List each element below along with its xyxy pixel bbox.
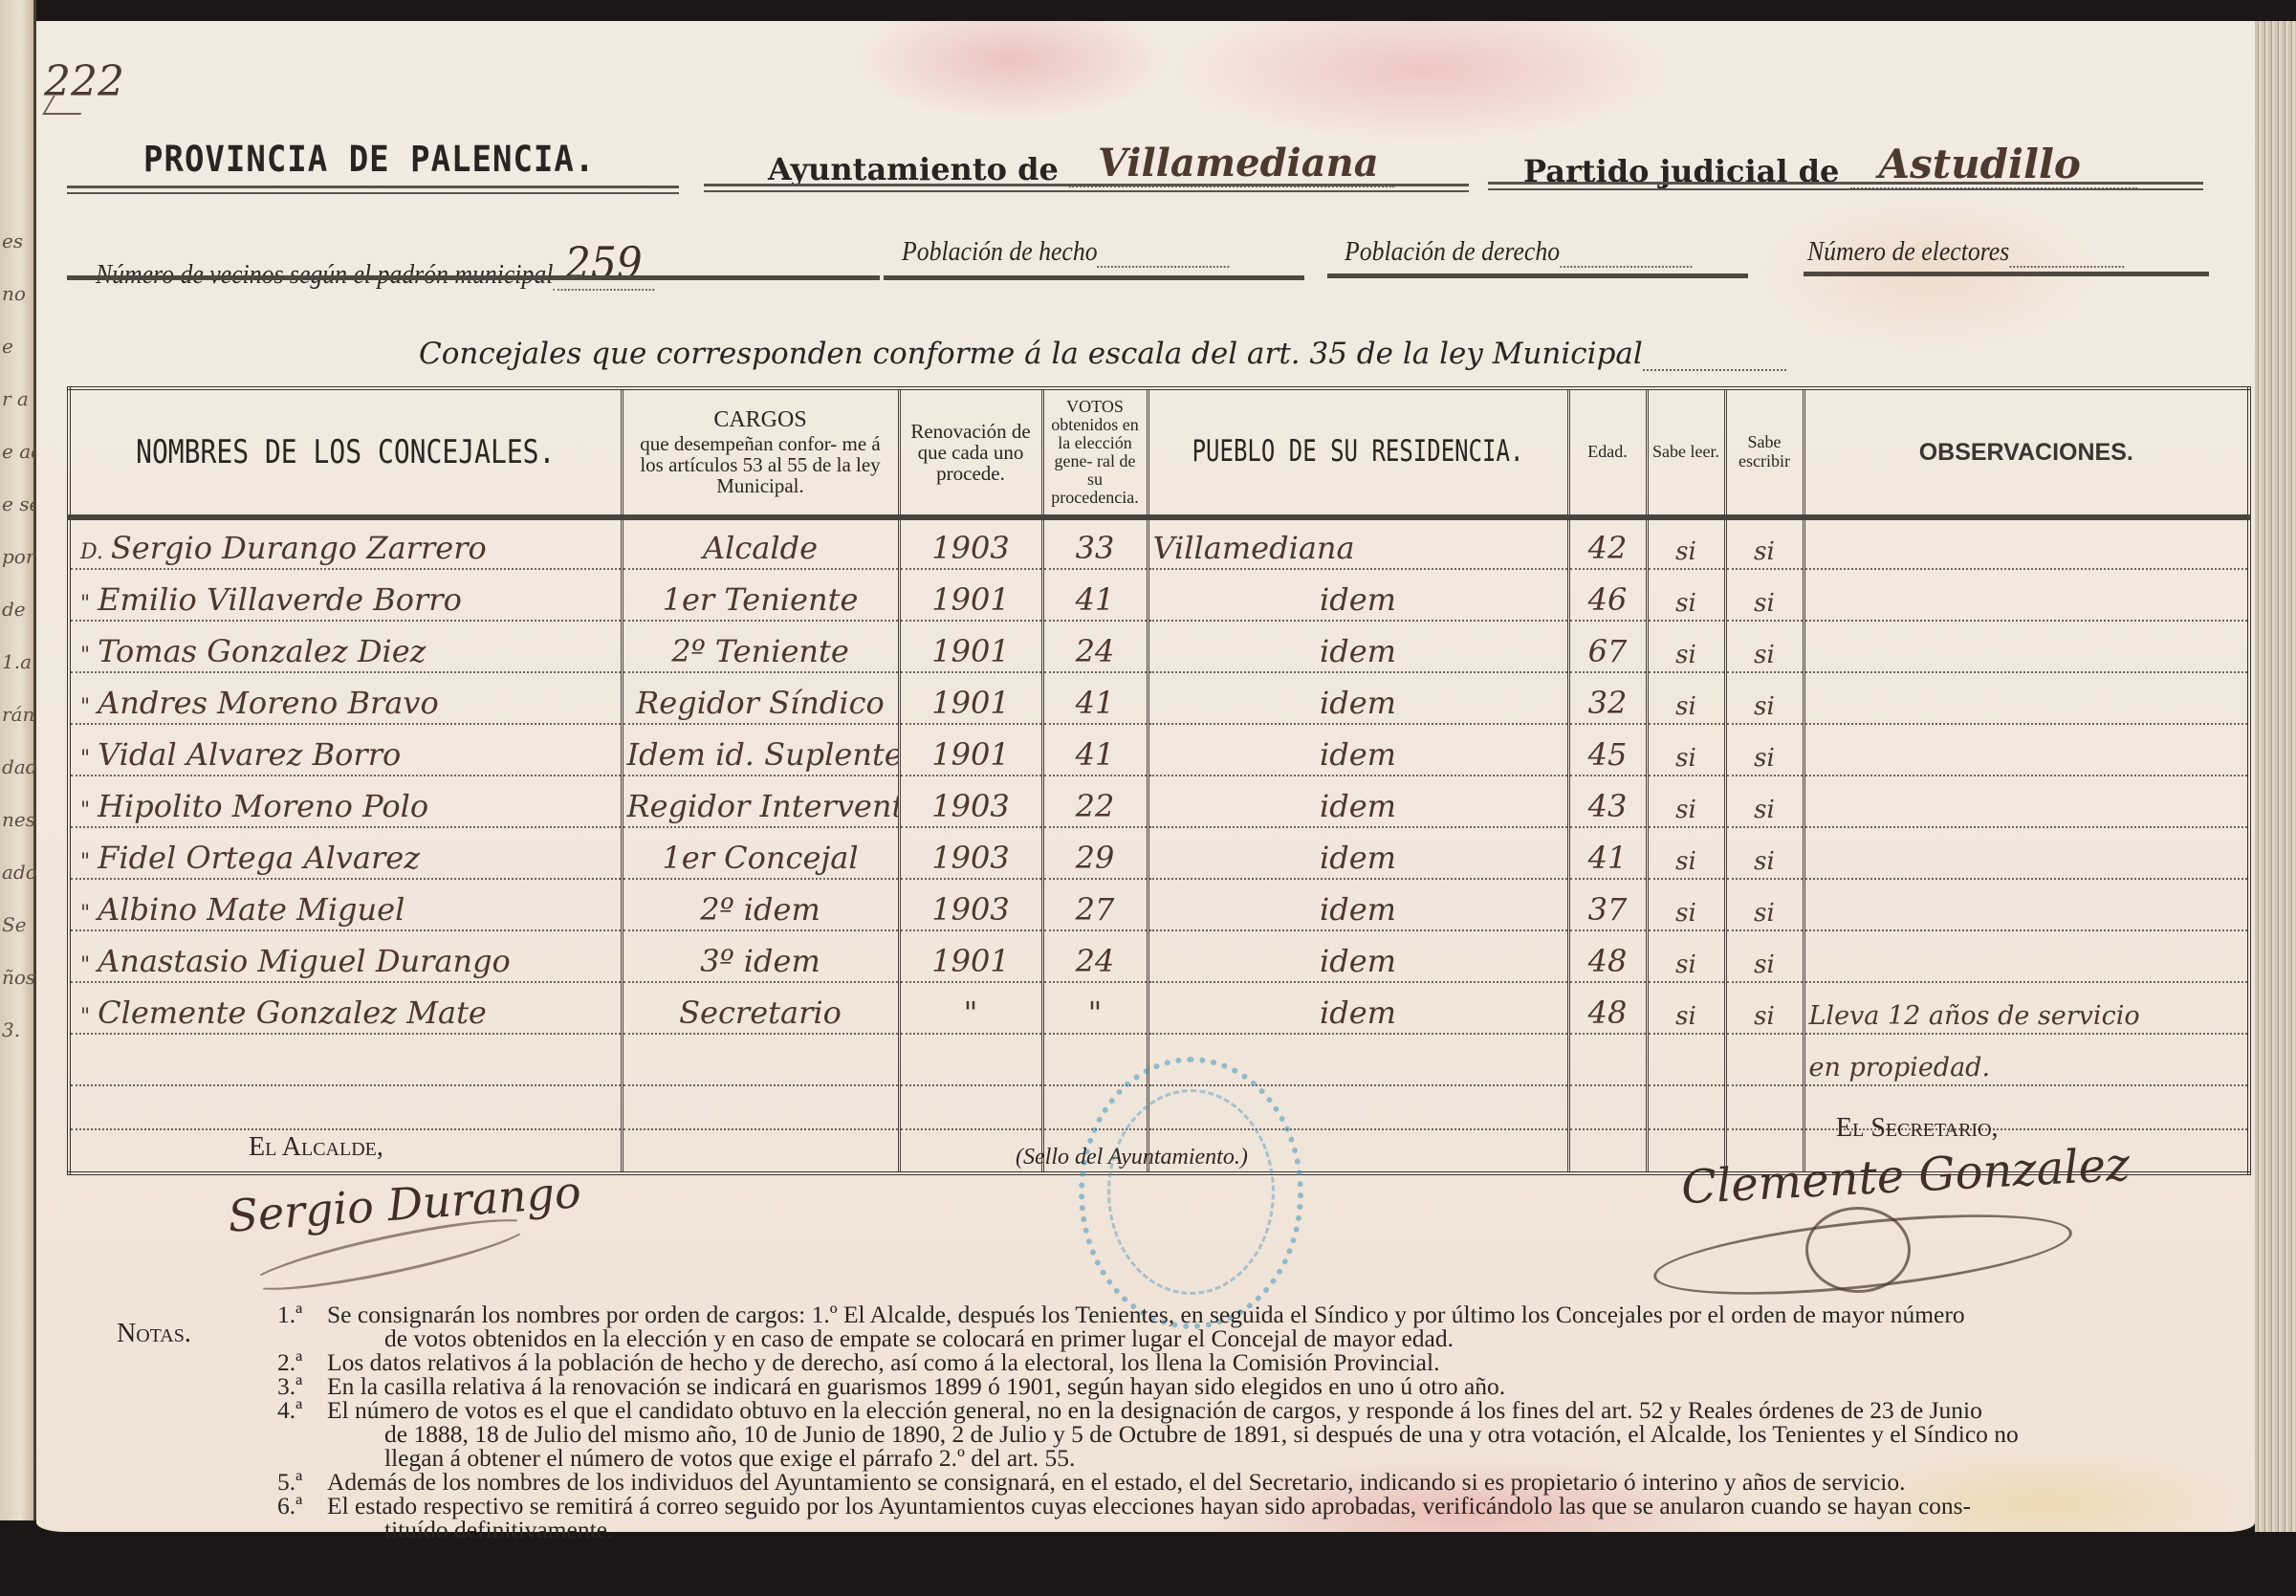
edad-cell: 41	[1568, 827, 1647, 879]
pueblo-cell: idem	[1148, 776, 1568, 827]
name-prefix: "	[80, 902, 90, 926]
col-votos: VOTOSobtenidos en la elección gene- ral …	[1042, 388, 1148, 517]
vecinos-field: Número de vecinos según el padrón munici…	[96, 237, 654, 291]
table-row: "Vidal Alvarez BorroIdem id. Suplente190…	[69, 724, 2249, 776]
pueblo-cell: Villamediana	[1148, 517, 1568, 569]
name-cell: "Vidal Alvarez Borro	[69, 724, 622, 776]
cargo-cell: Idem id. Suplente	[622, 724, 899, 776]
observaciones-cell	[1804, 724, 2249, 776]
note-item: 3.ªEn la casilla relativa á la renovació…	[117, 1374, 2259, 1398]
observaciones-cell	[1804, 776, 2249, 827]
table-row: D.Sergio Durango ZarreroAlcalde190333Vil…	[69, 517, 2249, 569]
col-pueblo: PUEBLO DE SU RESIDENCIA.	[1148, 388, 1568, 517]
leer-cell: si	[1647, 827, 1725, 879]
name-cell: "Fidel Ortega Alvarez	[69, 827, 622, 879]
partido-value: Astudillo	[1879, 141, 2081, 187]
population-rule	[67, 275, 880, 280]
secretario-flourish-loop	[1805, 1207, 1911, 1293]
col-observaciones: OBSERVACIONES.	[1804, 388, 2249, 517]
observaciones-cell	[1804, 827, 2249, 879]
name-cell: "Tomas Gonzalez Diez	[69, 621, 622, 672]
left-page-fragment: no	[2, 282, 26, 305]
empty-cell	[622, 1085, 899, 1129]
document-page: 222 PROVINCIA DE PALENCIA. Ayuntamiento …	[36, 21, 2255, 1532]
empty-cell	[622, 1129, 899, 1173]
renovacion-cell: 1901	[899, 569, 1042, 621]
col-nombres-label: NOMBRES DE LOS CONCEJALES.	[136, 435, 555, 469]
name-prefix: "	[80, 644, 90, 667]
left-page-fragment: por	[2, 545, 34, 568]
table-row: "Andres Moreno BravoRegidor Síndico19014…	[69, 672, 2249, 724]
escribir-cell: si	[1725, 930, 1804, 982]
name-cell: "Anastasio Miguel Durango	[69, 930, 622, 982]
pueblo-cell: idem	[1148, 930, 1568, 982]
concejal-name: Sergio Durango Zarrero	[111, 530, 487, 566]
cargo-cell: 1er Teniente	[622, 569, 899, 621]
col-edad-label: Edad.	[1587, 442, 1627, 461]
electores-label: Número de electores	[1807, 237, 2009, 267]
province-title: PROVINCIA DE PALENCIA.	[143, 139, 595, 181]
votos-cell: 33	[1042, 517, 1148, 569]
left-page-edge: esnoer ae aee seporde1.arándadénes.adoSe…	[0, 0, 36, 1520]
col-renovacion: Renovación de que cada uno procede.	[899, 388, 1042, 517]
name-cell: "Clemente Gonzalez Mate	[69, 982, 622, 1034]
header-rule	[67, 186, 679, 194]
notes-section: Notas. 1.ªSe consignarán los nombres por…	[117, 1302, 2259, 1541]
col-cargos-sub: que desempeñan confor- me á los artículo…	[627, 433, 894, 496]
votos-cell: 22	[1042, 776, 1148, 827]
note-line: Los datos relativos á la población de he…	[327, 1350, 2259, 1374]
left-page-fragment: es	[2, 230, 23, 252]
escribir-cell: si	[1725, 517, 1804, 569]
name-cell: "Albino Mate Miguel	[69, 879, 622, 930]
cargo-cell: Secretario	[622, 982, 899, 1034]
left-page-fragment: 3.	[2, 1018, 20, 1041]
left-page-fragment: e se	[2, 492, 40, 515]
derecho-value	[1560, 266, 1692, 268]
population-rule	[1327, 273, 1748, 278]
subtitle-text: Concejales que corresponden conforme á l…	[419, 337, 1643, 371]
pueblo-cell: idem	[1148, 569, 1568, 621]
renovacion-cell: 1901	[899, 672, 1042, 724]
name-prefix: "	[80, 695, 90, 719]
name-prefix: "	[80, 798, 90, 822]
observaciones-cell	[1804, 517, 2249, 569]
name-prefix: "	[80, 953, 90, 977]
concejal-name: Anastasio Miguel Durango	[98, 943, 511, 979]
empty-cell	[1647, 1085, 1725, 1129]
concejal-name: Vidal Alvarez Borro	[98, 736, 401, 773]
renovacion-cell: 1903	[899, 776, 1042, 827]
renovacion-cell: 1901	[899, 724, 1042, 776]
note-line: Se consignarán los nombres por orden de …	[327, 1302, 2259, 1326]
col-votos-title: VOTOS	[1048, 398, 1143, 416]
edad-cell: 43	[1568, 776, 1647, 827]
leer-cell: si	[1647, 776, 1725, 827]
header-rule	[704, 184, 1469, 192]
escribir-cell	[1725, 1034, 1804, 1085]
note-item: 2.ªLos datos relativos á la población de…	[117, 1350, 2259, 1374]
leer-cell: si	[1647, 621, 1725, 672]
left-page-fragment: r a	[2, 387, 29, 410]
left-page-fragment: de	[2, 598, 26, 621]
edad-cell: 45	[1568, 724, 1647, 776]
votos-cell: 41	[1042, 672, 1148, 724]
observaciones-cell	[1804, 621, 2249, 672]
leer-cell: si	[1647, 982, 1725, 1034]
pueblo-cell: idem	[1148, 724, 1568, 776]
empty-cell	[1568, 1129, 1647, 1173]
leer-cell: si	[1647, 724, 1725, 776]
ayuntamiento-value-line: Villamediana	[1069, 141, 1394, 187]
edad-cell: 42	[1568, 517, 1647, 569]
votos-cell: 41	[1042, 724, 1148, 776]
note-line: llegan á obtener el número de votos que …	[327, 1446, 2259, 1470]
escribir-cell: si	[1725, 724, 1804, 776]
name-cell: D.Sergio Durango Zarrero	[69, 517, 622, 569]
concejal-name: Clemente Gonzalez Mate	[98, 995, 487, 1031]
name-cell: "Andres Moreno Bravo	[69, 672, 622, 724]
edad-cell: 46	[1568, 569, 1647, 621]
renovacion-cell: 1903	[899, 879, 1042, 930]
pueblo-cell: idem	[1148, 879, 1568, 930]
escribir-cell: si	[1725, 569, 1804, 621]
subtitle-dots	[1643, 369, 1786, 371]
col-votos-sub: obtenidos en la elección gene- ral de su…	[1048, 416, 1143, 506]
ayuntamiento-value: Villamediana	[1098, 141, 1379, 186]
col-observaciones-label: OBSERVACIONES.	[1919, 439, 2133, 466]
note-number: 6.ª	[277, 1494, 302, 1518]
renovacion-cell: 1903	[899, 517, 1042, 569]
vecinos-value-line: 259	[553, 237, 654, 291]
col-cargos-title: CARGOS	[627, 408, 894, 432]
escribir-cell: si	[1725, 827, 1804, 879]
concejal-name: Tomas Gonzalez Diez	[98, 633, 426, 669]
left-page-fragment: 1.a	[2, 650, 32, 673]
note-line: El estado respectivo se remitirá á corre…	[327, 1494, 2259, 1518]
votos-cell: 41	[1042, 569, 1148, 621]
name-cell: "Emilio Villaverde Borro	[69, 569, 622, 621]
escribir-cell: si	[1725, 672, 1804, 724]
pueblo-cell: idem	[1148, 672, 1568, 724]
cargo-cell: Regidor Interventor	[622, 776, 899, 827]
votos-cell: 27	[1042, 879, 1148, 930]
name-prefix: "	[80, 1005, 90, 1029]
note-item: 6.ªEl estado respectivo se remitirá á co…	[117, 1494, 2259, 1541]
edad-cell: 48	[1568, 982, 1647, 1034]
edad-cell: 48	[1568, 930, 1647, 982]
col-escribir-label: Sabe escribir	[1738, 432, 1790, 470]
empty-cell	[1725, 1085, 1804, 1129]
edad-cell: 67	[1568, 621, 1647, 672]
leer-cell: si	[1647, 672, 1725, 724]
table-row: "Tomas Gonzalez Diez2º Teniente190124ide…	[69, 621, 2249, 672]
leer-cell: si	[1647, 569, 1725, 621]
table-row: "Anastasio Miguel Durango3º idem190124id…	[69, 930, 2249, 982]
note-number: 1.ª	[277, 1302, 302, 1326]
secretario-label: El Secretario,	[1836, 1113, 1999, 1144]
table-row: "Albino Mate Miguel2º idem190327idem37si…	[69, 879, 2249, 930]
leer-cell: si	[1647, 930, 1725, 982]
votos-cell: 29	[1042, 827, 1148, 879]
sello-label: (Sello del Ayuntamiento.)	[1016, 1145, 1248, 1170]
col-edad: Edad.	[1568, 388, 1647, 517]
cargo-cell: 2º Teniente	[622, 621, 899, 672]
observaciones-cell: Lleva 12 años de servicio	[1804, 982, 2249, 1034]
electores-value	[2009, 266, 2124, 268]
right-page-edge	[2255, 21, 2296, 1532]
pueblo-cell: idem	[1148, 982, 1568, 1034]
concejales-table: NOMBRES DE LOS CONCEJALES. CARGOSque des…	[67, 386, 2251, 1175]
ayuntamiento-field: Ayuntamiento de Villamediana	[768, 141, 1394, 187]
hecho-label: Población de hecho	[902, 237, 1098, 267]
ayuntamiento-label: Ayuntamiento de	[768, 151, 1059, 187]
cargo-cell: Regidor Síndico	[622, 672, 899, 724]
alcalde-signature[interactable]: Sergio Durango	[227, 1166, 583, 1242]
population-rule	[1804, 272, 2209, 276]
empty-cell	[69, 1085, 622, 1129]
name-prefix: D.	[80, 540, 103, 564]
observaciones-cell	[1804, 879, 2249, 930]
cargo-cell: 2º idem	[622, 879, 899, 930]
col-nombres: NOMBRES DE LOS CONCEJALES.	[69, 388, 622, 517]
note-line: de 1888, 18 de Julio del mismo año, 10 d…	[327, 1422, 2259, 1446]
observaciones-cell	[1804, 569, 2249, 621]
leer-cell	[1647, 1034, 1725, 1085]
electores-field: Número de electores	[1807, 237, 2124, 268]
note-line: tituído definitivamente.	[327, 1518, 2259, 1541]
table-row: "Emilio Villaverde Borro1er Teniente1901…	[69, 569, 2249, 621]
empty-cell	[899, 1085, 1042, 1129]
edad-cell	[1568, 1034, 1647, 1085]
derecho-field: Población de derecho	[1345, 237, 1692, 268]
left-page-fragment: ado	[2, 861, 37, 884]
col-renovacion-label: Renovación de que cada uno procede.	[905, 421, 1038, 484]
name-prefix: "	[80, 850, 90, 874]
observaciones-cell: en propiedad.	[1804, 1034, 2249, 1085]
note-number: 2.ª	[277, 1350, 302, 1374]
note-number: 5.ª	[277, 1470, 302, 1494]
table-row: "Fidel Ortega Alvarez1er Concejal190329i…	[69, 827, 2249, 879]
cargo-cell	[622, 1034, 899, 1085]
left-page-fragment: e	[2, 335, 13, 358]
ayuntamiento-seal	[1079, 1057, 1303, 1329]
population-rule	[884, 275, 1304, 280]
concejal-name: Albino Mate Miguel	[98, 891, 405, 928]
note-item: 5.ªAdemás de los nombres de los individu…	[117, 1470, 2259, 1494]
col-escribir: Sabe escribir	[1725, 388, 1804, 517]
renovacion-cell	[899, 1034, 1042, 1085]
col-leer-label: Sabe leer.	[1652, 442, 1719, 461]
votos-cell: 24	[1042, 621, 1148, 672]
note-number: 3.ª	[277, 1374, 302, 1398]
edad-cell: 37	[1568, 879, 1647, 930]
hecho-value	[1098, 266, 1230, 268]
concejal-name: Fidel Ortega Alvarez	[98, 840, 420, 876]
note-line: Además de los nombres de los individuos …	[327, 1470, 2259, 1494]
concejal-name: Hipolito Moreno Polo	[98, 788, 428, 824]
votos-cell: "	[1042, 982, 1148, 1034]
header-rule	[1488, 182, 2203, 190]
seal-inner-ring	[1107, 1089, 1275, 1295]
edad-cell: 32	[1568, 672, 1647, 724]
leer-cell: si	[1647, 517, 1725, 569]
name-prefix: "	[80, 592, 90, 616]
observaciones-cell	[1804, 930, 2249, 982]
renovacion-cell: 1901	[899, 621, 1042, 672]
leer-cell: si	[1647, 879, 1725, 930]
pueblo-cell: idem	[1148, 621, 1568, 672]
note-number: 4.ª	[277, 1398, 302, 1422]
col-pueblo-label: PUEBLO DE SU RESIDENCIA.	[1192, 437, 1524, 469]
concejal-name: Andres Moreno Bravo	[98, 685, 439, 721]
name-cell	[69, 1034, 622, 1085]
votos-cell: 24	[1042, 930, 1148, 982]
note-item: 4.ªEl número de votos es el que el candi…	[117, 1398, 2259, 1470]
cargo-cell: 1er Concejal	[622, 827, 899, 879]
left-page-fragment: Se	[2, 913, 27, 936]
concejal-name: Emilio Villaverde Borro	[98, 581, 462, 618]
escribir-cell: si	[1725, 621, 1804, 672]
concejales-subtitle: Concejales que corresponden conforme á l…	[419, 337, 1786, 371]
left-page-fragment: rán	[2, 703, 34, 726]
renovacion-cell: 1903	[899, 827, 1042, 879]
note-item: 1.ªSe consignarán los nombres por orden …	[117, 1302, 2259, 1350]
escribir-cell: si	[1725, 879, 1804, 930]
table-row: "Hipolito Moreno PoloRegidor Interventor…	[69, 776, 2249, 827]
col-cargos: CARGOSque desempeñan confor- me á los ar…	[622, 388, 899, 517]
table-header-row: NOMBRES DE LOS CONCEJALES. CARGOSque des…	[69, 388, 2249, 517]
note-line: En la casilla relativa á la renovación s…	[327, 1374, 2259, 1398]
renovacion-cell: "	[899, 982, 1042, 1034]
cargo-cell: 3º idem	[622, 930, 899, 982]
pueblo-cell: idem	[1148, 827, 1568, 879]
vecinos-value: 259	[565, 237, 643, 289]
empty-cell	[1568, 1085, 1647, 1129]
alcalde-label: El Alcalde,	[249, 1132, 383, 1163]
cargo-cell: Alcalde	[622, 517, 899, 569]
renovacion-cell: 1901	[899, 930, 1042, 982]
escribir-cell: si	[1725, 982, 1804, 1034]
table-row: "Clemente Gonzalez MateSecretario""idem4…	[69, 982, 2249, 1034]
hecho-field: Población de hecho	[902, 237, 1230, 268]
derecho-label: Población de derecho	[1345, 237, 1560, 267]
note-line: El número de votos es el que el candidat…	[327, 1398, 2259, 1422]
col-leer: Sabe leer.	[1647, 388, 1725, 517]
name-prefix: "	[80, 747, 90, 771]
name-cell: "Hipolito Moreno Polo	[69, 776, 622, 827]
note-line: de votos obtenidos en la elección y en c…	[327, 1326, 2259, 1350]
escribir-cell: si	[1725, 776, 1804, 827]
observaciones-cell	[1804, 672, 2249, 724]
